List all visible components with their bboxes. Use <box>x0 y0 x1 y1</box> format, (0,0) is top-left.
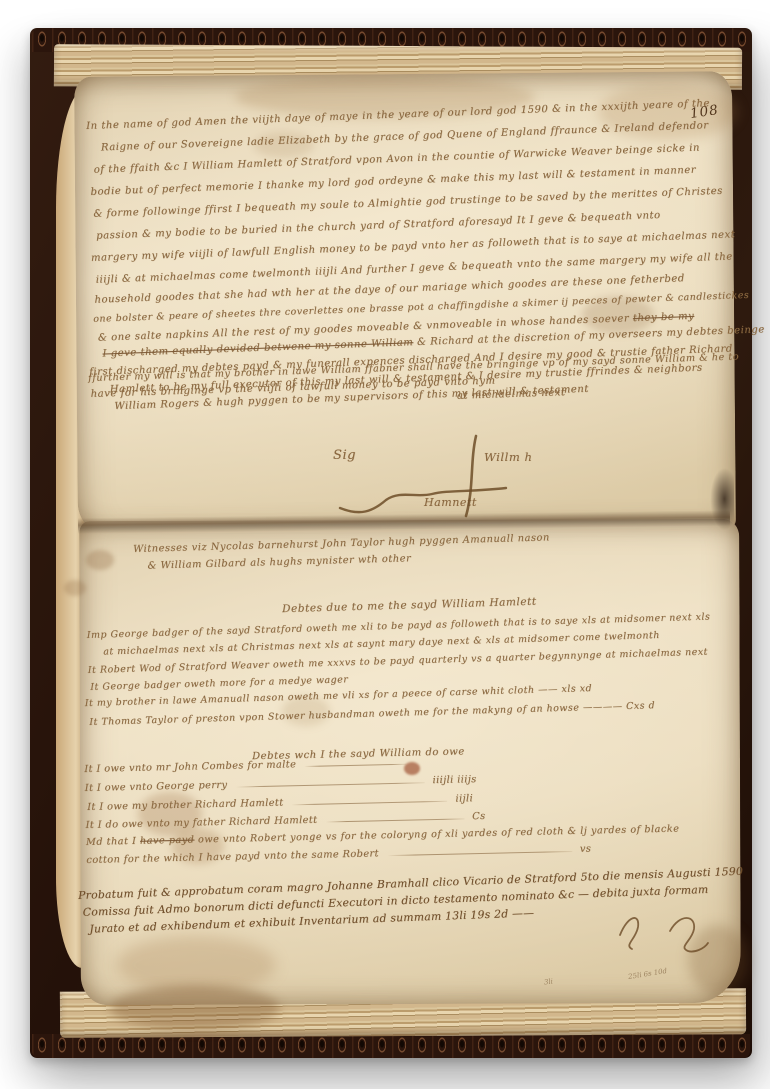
stain <box>110 985 280 1031</box>
owe-row-amount: Cs <box>472 811 486 822</box>
signature-mark-icon <box>320 428 560 528</box>
stain <box>86 550 114 570</box>
owe-rule <box>292 801 448 806</box>
binding-notch-shadow <box>700 462 734 536</box>
owe-rule <box>235 782 424 787</box>
faint-mark: 3li <box>544 978 554 987</box>
manuscript-photo: 108 In the name of god Amen the viijth d… <box>0 0 770 1089</box>
struck-text: have payd <box>140 835 195 847</box>
cover-tooling-bottom <box>32 1034 750 1058</box>
stain <box>64 580 86 596</box>
owe-row-amount: vs <box>580 844 592 855</box>
probate-flourish-icon <box>610 905 720 955</box>
owe-row-amount: iiijli iiijs <box>432 774 476 786</box>
owe-rule <box>304 764 406 767</box>
struck-text: they be my <box>633 311 695 324</box>
owe-rule <box>325 818 464 822</box>
owe-rule <box>387 851 572 856</box>
memo-text: Md that I <box>86 836 137 848</box>
owe-row-amount: iijli <box>455 793 473 804</box>
